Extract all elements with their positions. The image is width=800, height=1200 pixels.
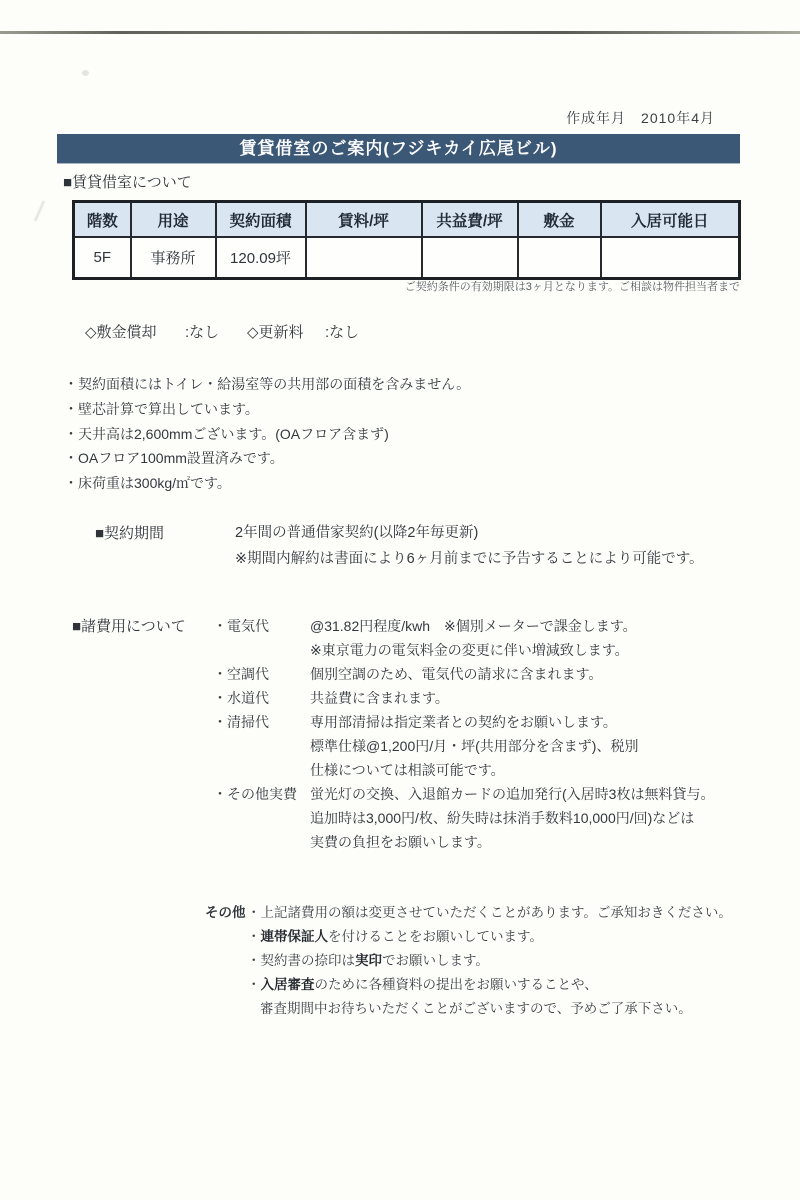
renewal-fee-value: :なし xyxy=(325,321,359,342)
other-note-item: 審査期間中お待ちいただくことがございますので、予めご了承下さい。 xyxy=(247,997,732,1021)
deposit-amortization-value: :なし xyxy=(185,321,219,342)
other-note-emphasis: 入居審査 xyxy=(261,977,315,992)
other-note-item: ・連帯保証人を付けることをお願いしています。 xyxy=(247,925,732,949)
other-note-text: ・ xyxy=(247,929,261,944)
other-note-item: ・上記諸費用の額は変更させていただくことがあります。ご承知おきください。 xyxy=(247,901,732,925)
other-note-text: のために各種資料の提出をお願いすることや、 xyxy=(315,977,598,992)
expense-item: ・水道代共益費に含まれます。 xyxy=(213,686,714,710)
property-note-item: ・OAフロア100mm設置済みです。 xyxy=(64,446,470,471)
expense-description-line: 個別空調のため、電気代の請求に含まれます。 xyxy=(310,662,602,686)
scanned-document-page: 作成年月 2010年4月 賃貸借室のご案内(フジキカイ広尾ビル) ■賃貸借室につ… xyxy=(0,0,800,1200)
property-note-item: ・天井高は2,600mmございます。(OAフロア含まず) xyxy=(64,422,470,447)
deposit-renewal-terms: ◇敷金償却 :なし ◇更新料 :なし xyxy=(85,321,585,341)
scan-artifact-smudge xyxy=(34,200,46,221)
table-cell xyxy=(306,237,422,279)
property-note-item: ・壁芯計算で算出しています。 xyxy=(64,397,470,422)
expense-description-line: 実費の負担をお願いします。 xyxy=(310,830,714,854)
section-heading-contract-period: ■契約期間 xyxy=(95,522,164,543)
other-note-text: ・契約書の捺印は xyxy=(247,953,355,968)
other-note-emphasis: 連帯保証人 xyxy=(261,929,329,944)
table-header-cell: 用途 xyxy=(131,202,216,238)
expenses-list: ・電気代@31.82円程度/kwh ※個別メーターで課金します。※東京電力の電気… xyxy=(213,614,714,854)
expense-item-description: 蛍光灯の交換、入退館カードの追加発行(入居時3枚は無料貸与。追加時は3,000円… xyxy=(310,782,714,854)
scan-artifact-top-edge xyxy=(0,31,800,34)
property-summary-table: 階数用途契約面積賃料/坪共益費/坪敷金入居可能日 5F事務所120.09坪 xyxy=(72,200,741,280)
table-row: 5F事務所120.09坪 xyxy=(74,237,740,279)
other-note-text: を付けることをお願いしています。 xyxy=(328,929,543,944)
other-note-item: ・契約書の捺印は実印でお願いします。 xyxy=(247,949,732,973)
expense-description-line: 専用部清掃は指定業者との契約をお願いします。 xyxy=(310,710,638,734)
table-cell xyxy=(601,237,740,279)
expense-item: ・清掃代専用部清掃は指定業者との契約をお願いします。標準仕様@1,200円/月・… xyxy=(213,710,714,782)
document-title-banner: 賃貸借室のご案内(フジキカイ広尾ビル) xyxy=(57,134,740,163)
document-title: 賃貸借室のご案内(フジキカイ広尾ビル) xyxy=(239,139,557,158)
section-heading-expenses: ■諸費用について xyxy=(72,615,186,636)
expense-description-line: 蛍光灯の交換、入退館カードの追加発行(入居時3枚は無料貸与。 xyxy=(310,782,714,806)
expense-item-label: ・水道代 xyxy=(213,686,310,710)
table-validity-note: ご契約条件の有効期限は3ヶ月となります。ご相談は物件担当者まで xyxy=(405,278,740,294)
other-note-text: でお願いします。 xyxy=(382,953,489,968)
table-header-cell: 賃料/坪 xyxy=(306,202,422,238)
expense-item-label: ・電気代 xyxy=(213,614,310,662)
table-header-cell: 契約面積 xyxy=(216,202,306,238)
other-note-item: ・入居審査のために各種資料の提出をお願いすることや、 xyxy=(247,973,732,997)
expense-description-line: 仕様については相談可能です。 xyxy=(310,758,638,782)
table-cell: 事務所 xyxy=(131,237,216,279)
expense-description-line: 追加時は3,000円/枚、紛失時は抹消手数料10,000円/回)などは xyxy=(310,806,714,830)
expense-item-label: ・その他実費 xyxy=(213,782,310,854)
expense-item-description: 個別空調のため、電気代の請求に含まれます。 xyxy=(310,662,602,686)
expense-item: ・電気代@31.82円程度/kwh ※個別メーターで課金します。※東京電力の電気… xyxy=(213,614,714,662)
table-header-cell: 敷金 xyxy=(518,202,601,238)
table-cell: 5F xyxy=(74,237,131,279)
property-note-item: ・床荷重は300kg/㎡です。 xyxy=(64,471,470,496)
expense-item: ・空調代個別空調のため、電気代の請求に含まれます。 xyxy=(213,662,714,686)
property-note-item: ・契約面積にはトイレ・給湯室等の共用部の面積を含みません。 xyxy=(64,372,470,397)
expense-item: ・その他実費蛍光灯の交換、入退館カードの追加発行(入居時3枚は無料貸与。追加時は… xyxy=(213,782,714,854)
other-notes-list: ・上記諸費用の額は変更させていただくことがあります。ご承知おきください。・連帯保… xyxy=(247,901,732,1021)
created-date-label: 作成年月 2010年4月 xyxy=(566,108,715,128)
other-note-text: 審査期間中お待ちいただくことがございますので、予めご了承下さい。 xyxy=(260,1001,692,1016)
contract-period-line: 2年間の普通借家契約(以降2年毎更新) xyxy=(235,521,704,547)
table-header-cell: 入居可能日 xyxy=(601,202,740,238)
deposit-amortization-label: ◇敷金償却 xyxy=(85,321,157,342)
property-notes-list: ・契約面積にはトイレ・給湯室等の共用部の面積を含みません。・壁芯計算で算出してい… xyxy=(64,372,470,496)
contract-period-line: ※期間内解約は書面により6ヶ月前までに予告することにより可能です。 xyxy=(235,547,704,573)
contract-period-content: 2年間の普通借家契約(以降2年毎更新) ※期間内解約は書面により6ヶ月前までに予… xyxy=(235,521,704,572)
expense-item-description: 専用部清掃は指定業者との契約をお願いします。標準仕様@1,200円/月・坪(共用… xyxy=(310,710,638,782)
expense-item-description: @31.82円程度/kwh ※個別メーターで課金します。※東京電力の電気料金の変… xyxy=(310,614,637,662)
table-header-cell: 階数 xyxy=(74,202,131,238)
table-cell xyxy=(422,237,518,279)
expense-item-label: ・清掃代 xyxy=(213,710,310,782)
section-heading-other: その他 xyxy=(205,901,246,921)
table-header-cell: 共益費/坪 xyxy=(422,202,518,238)
table-cell: 120.09坪 xyxy=(216,237,306,279)
scan-artifact-smudge xyxy=(82,70,89,76)
expense-description-line: 標準仕様@1,200円/月・坪(共用部分を含まず)、税別 xyxy=(310,734,638,758)
renewal-fee-label: ◇更新料 xyxy=(247,321,304,342)
table-cell xyxy=(518,237,601,279)
expense-item-label: ・空調代 xyxy=(213,662,310,686)
other-note-text: ・ xyxy=(247,977,261,992)
expense-description-line: 共益費に含まれます。 xyxy=(310,686,449,710)
other-note-emphasis: 実印 xyxy=(355,953,382,968)
table-header-row: 階数用途契約面積賃料/坪共益費/坪敷金入居可能日 xyxy=(74,202,740,238)
expense-item-description: 共益費に含まれます。 xyxy=(310,686,449,710)
other-note-text: ・上記諸費用の額は変更させていただくことがあります。ご承知おきください。 xyxy=(247,905,732,920)
section-heading-rental-room: ■賃貸借室について xyxy=(63,171,192,192)
expense-description-line: @31.82円程度/kwh ※個別メーターで課金します。 xyxy=(310,614,637,638)
expense-description-line: ※東京電力の電気料金の変更に伴い増減致します。 xyxy=(310,638,637,662)
